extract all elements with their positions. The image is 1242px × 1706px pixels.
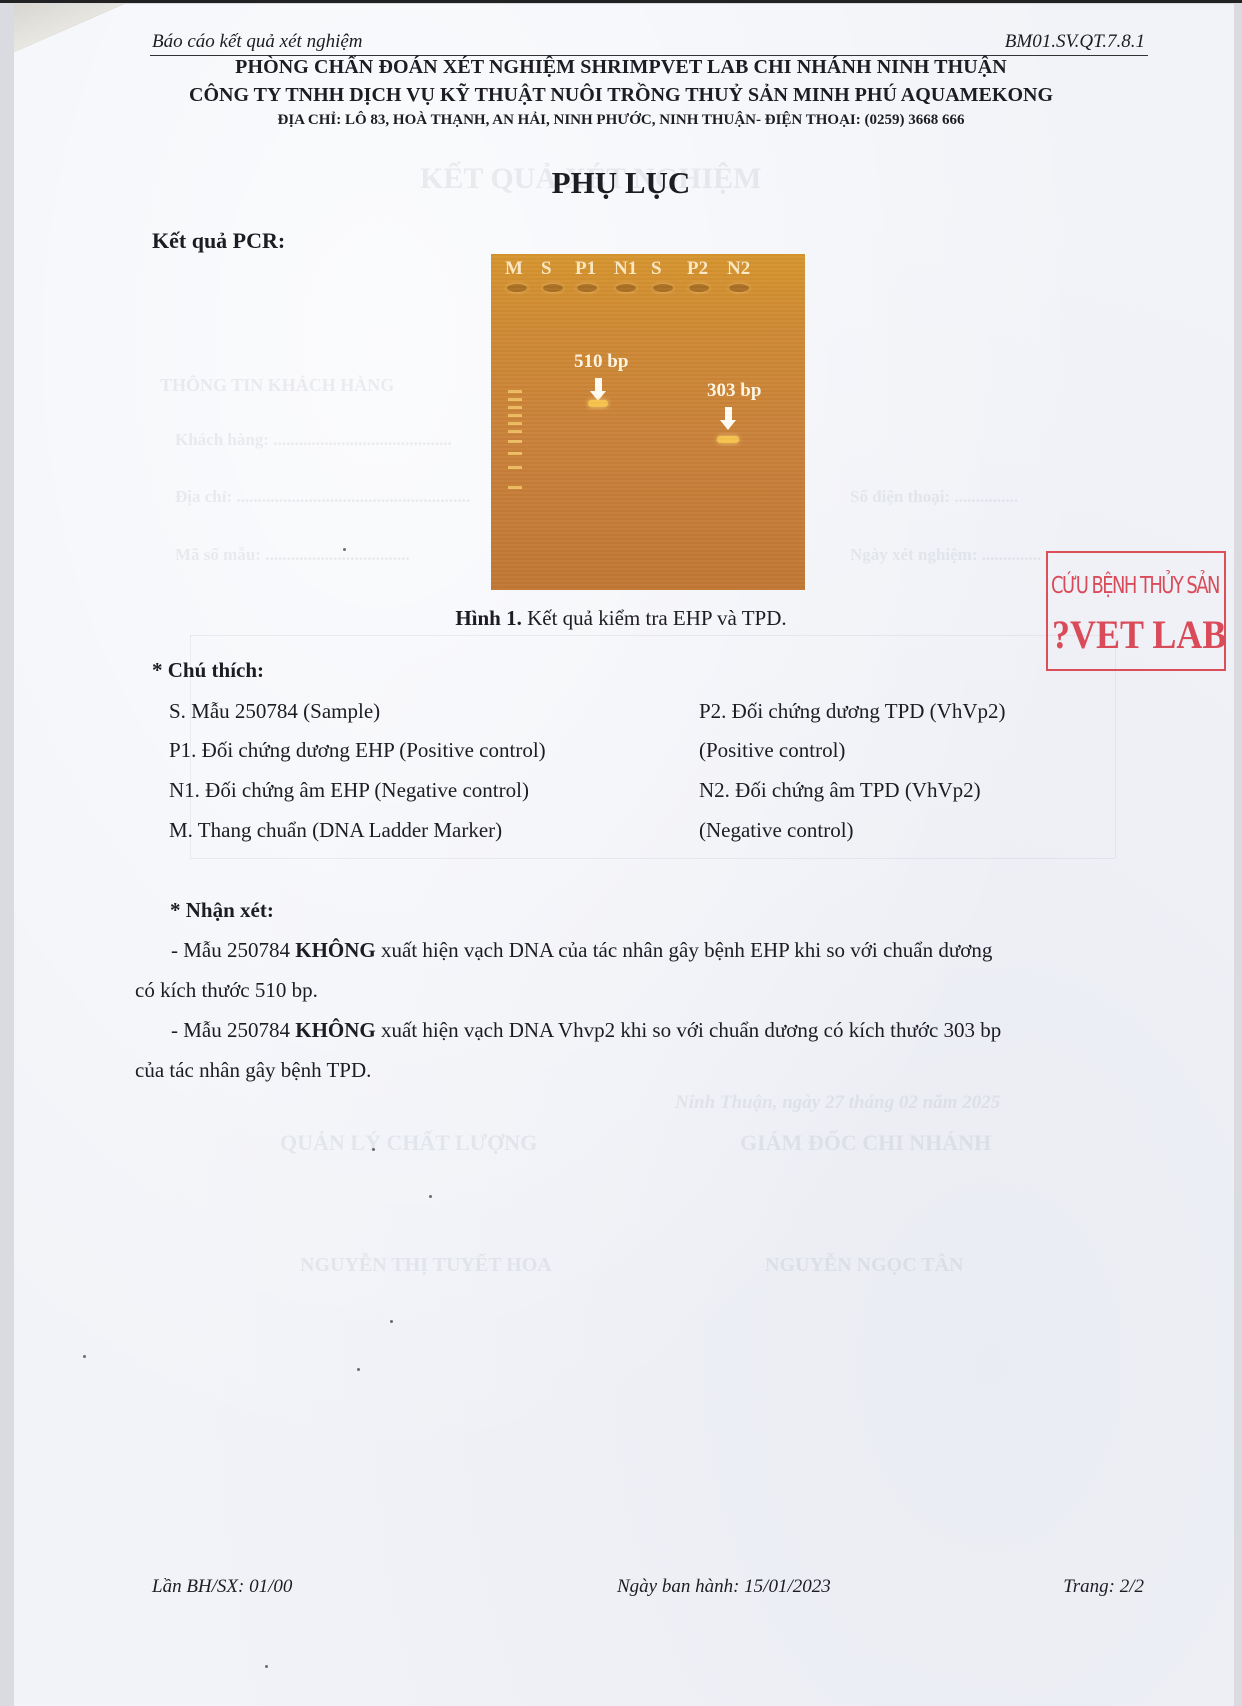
pcr-result-label: Kết quả PCR: — [152, 228, 285, 254]
report-name: Báo cáo kết quả xét nghiệm — [152, 31, 363, 53]
bleed-through-text: NGUYỄN THỊ TUYẾT HOA — [300, 1254, 552, 1277]
ladder-band — [508, 390, 522, 393]
ladder-band — [508, 486, 522, 489]
footer-revision: Lần BH/SX: 01/00 — [152, 1576, 292, 1598]
dna-band-p1 — [588, 400, 608, 407]
remarks-heading: * Nhận xét: — [170, 898, 274, 923]
bleed-through-text: Mã số mẫu: .............................… — [175, 545, 410, 565]
scan-speck — [372, 1148, 375, 1151]
ladder-band — [508, 440, 522, 443]
gel-well — [577, 284, 597, 292]
form-code: BM01.SV.QT.7.8.1 — [1005, 31, 1145, 53]
lane-label: P2 — [687, 258, 708, 280]
legend-item: N1. Đối chứng âm EHP (Negative control) — [169, 778, 529, 803]
pcr-gel-image: MSP1N1SP2N2 510 bp 303 bp — [491, 254, 805, 590]
caption-prefix: Hình 1. — [455, 606, 522, 630]
remark-emphasis: KHÔNG — [295, 938, 376, 962]
remark-text: xuất hiện vạch DNA của tác nhân gây bệnh… — [376, 938, 993, 962]
stamp-line1: CỨU BỆNH THỦY SẢN — [1051, 573, 1219, 599]
ladder-band — [508, 422, 522, 425]
ladder-band — [508, 406, 522, 409]
footer-page-number: Trang: 2/2 — [1063, 1576, 1144, 1598]
legend-item: S. Mẫu 250784 (Sample) — [169, 699, 380, 724]
bleed-through-table — [190, 635, 1115, 636]
gel-well — [507, 284, 527, 292]
legend-item: N2. Đối chứng âm TPD (VhVp2) — [699, 778, 981, 803]
scan-speck — [429, 1195, 432, 1198]
bleed-through-text: Khách hàng: ............................… — [175, 430, 452, 450]
scan-speck — [265, 1665, 268, 1668]
lane-label: N1 — [614, 258, 637, 280]
bleed-through-text: GIÁM ĐỐC CHI NHÁNH — [740, 1130, 991, 1156]
legend-item: P2. Đối chứng dương TPD (VhVp2) — [699, 699, 1005, 724]
ladder-band — [508, 466, 522, 469]
ladder-band — [508, 452, 522, 455]
band-size-label-510: 510 bp — [574, 351, 628, 373]
gel-well — [653, 284, 673, 292]
legend-heading: * Chú thích: — [152, 658, 264, 683]
bleed-through-text: Địa chỉ: ...............................… — [175, 487, 470, 507]
scan-top-edge — [0, 0, 1242, 3]
scan-speck — [357, 1368, 360, 1371]
lane-label: S — [651, 258, 662, 280]
ladder-band — [508, 430, 522, 433]
bleed-through-text: THÔNG TIN KHÁCH HÀNG — [160, 375, 394, 396]
legend-item: (Negative control) — [699, 818, 854, 843]
company-name: CÔNG TY TNHH DỊCH VỤ KỸ THUẬT NUÔI TRỒNG… — [0, 84, 1242, 107]
gel-well — [543, 284, 563, 292]
lane-label: M — [505, 258, 523, 280]
lane-label: N2 — [727, 258, 750, 280]
legend-item: M. Thang chuẩn (DNA Ladder Marker) — [169, 818, 502, 843]
dna-band-p2 — [717, 436, 739, 443]
red-lab-stamp: CỨU BỆNH THỦY SẢN ?VET LAB — [1046, 551, 1226, 671]
scan-speck — [83, 1355, 86, 1358]
company-address: ĐỊA CHỈ: LÔ 83, HOÀ THẠNH, AN HẢI, NINH … — [0, 112, 1242, 129]
scan-speck — [390, 1320, 393, 1323]
band-size-label-303: 303 bp — [707, 380, 761, 402]
remark-1-line1: - Mẫu 250784 KHÔNG xuất hiện vạch DNA củ… — [171, 938, 992, 963]
caption-text: Kết quả kiểm tra EHP và TPD. — [522, 606, 787, 630]
ladder-band — [508, 398, 522, 401]
remark-lead: - Mẫu 250784 — [171, 938, 295, 962]
remark-text: xuất hiện vạch DNA Vhvp2 khi so với chuẩ… — [376, 1018, 1002, 1042]
remark-1-line2: có kích thước 510 bp. — [135, 978, 318, 1003]
lane-label: P1 — [575, 258, 596, 280]
lane-label: S — [541, 258, 552, 280]
bleed-through-text: QUẢN LÝ CHẤT LƯỢNG — [280, 1130, 537, 1156]
bleed-through-text: Ngày xét nghiệm: .............. — [850, 545, 1041, 565]
bleed-through-text: Số điện thoại: ............... — [850, 487, 1018, 507]
gel-well — [729, 284, 749, 292]
bleed-through-text: NGUYỄN NGỌC TÂN — [765, 1254, 964, 1277]
gel-well — [689, 284, 709, 292]
remark-2-line2: của tác nhân gây bệnh TPD. — [135, 1058, 371, 1083]
bleed-through-text: Ninh Thuận, ngày 27 tháng 02 năm 2025 — [675, 1092, 1000, 1114]
legend-item: P1. Đối chứng dương EHP (Positive contro… — [169, 738, 546, 763]
legend-item: (Positive control) — [699, 738, 845, 763]
remark-lead: - Mẫu 250784 — [171, 1018, 295, 1042]
scan-speck — [343, 548, 346, 551]
stamp-line2: ?VET LAB — [1052, 611, 1226, 658]
gel-well — [616, 284, 636, 292]
bleed-through-table — [190, 858, 1115, 859]
lab-name: PHÒNG CHẨN ĐOÁN XÉT NGHIỆM SHRIMPVET LAB… — [0, 56, 1242, 79]
footer-issue-date: Ngày ban hành: 15/01/2023 — [617, 1576, 831, 1598]
remark-emphasis: KHÔNG — [295, 1018, 376, 1042]
ladder-band — [508, 414, 522, 417]
page-title: PHỤ LỤC — [0, 165, 1242, 201]
remark-2-line1: - Mẫu 250784 KHÔNG xuất hiện vạch DNA Vh… — [171, 1018, 1001, 1043]
